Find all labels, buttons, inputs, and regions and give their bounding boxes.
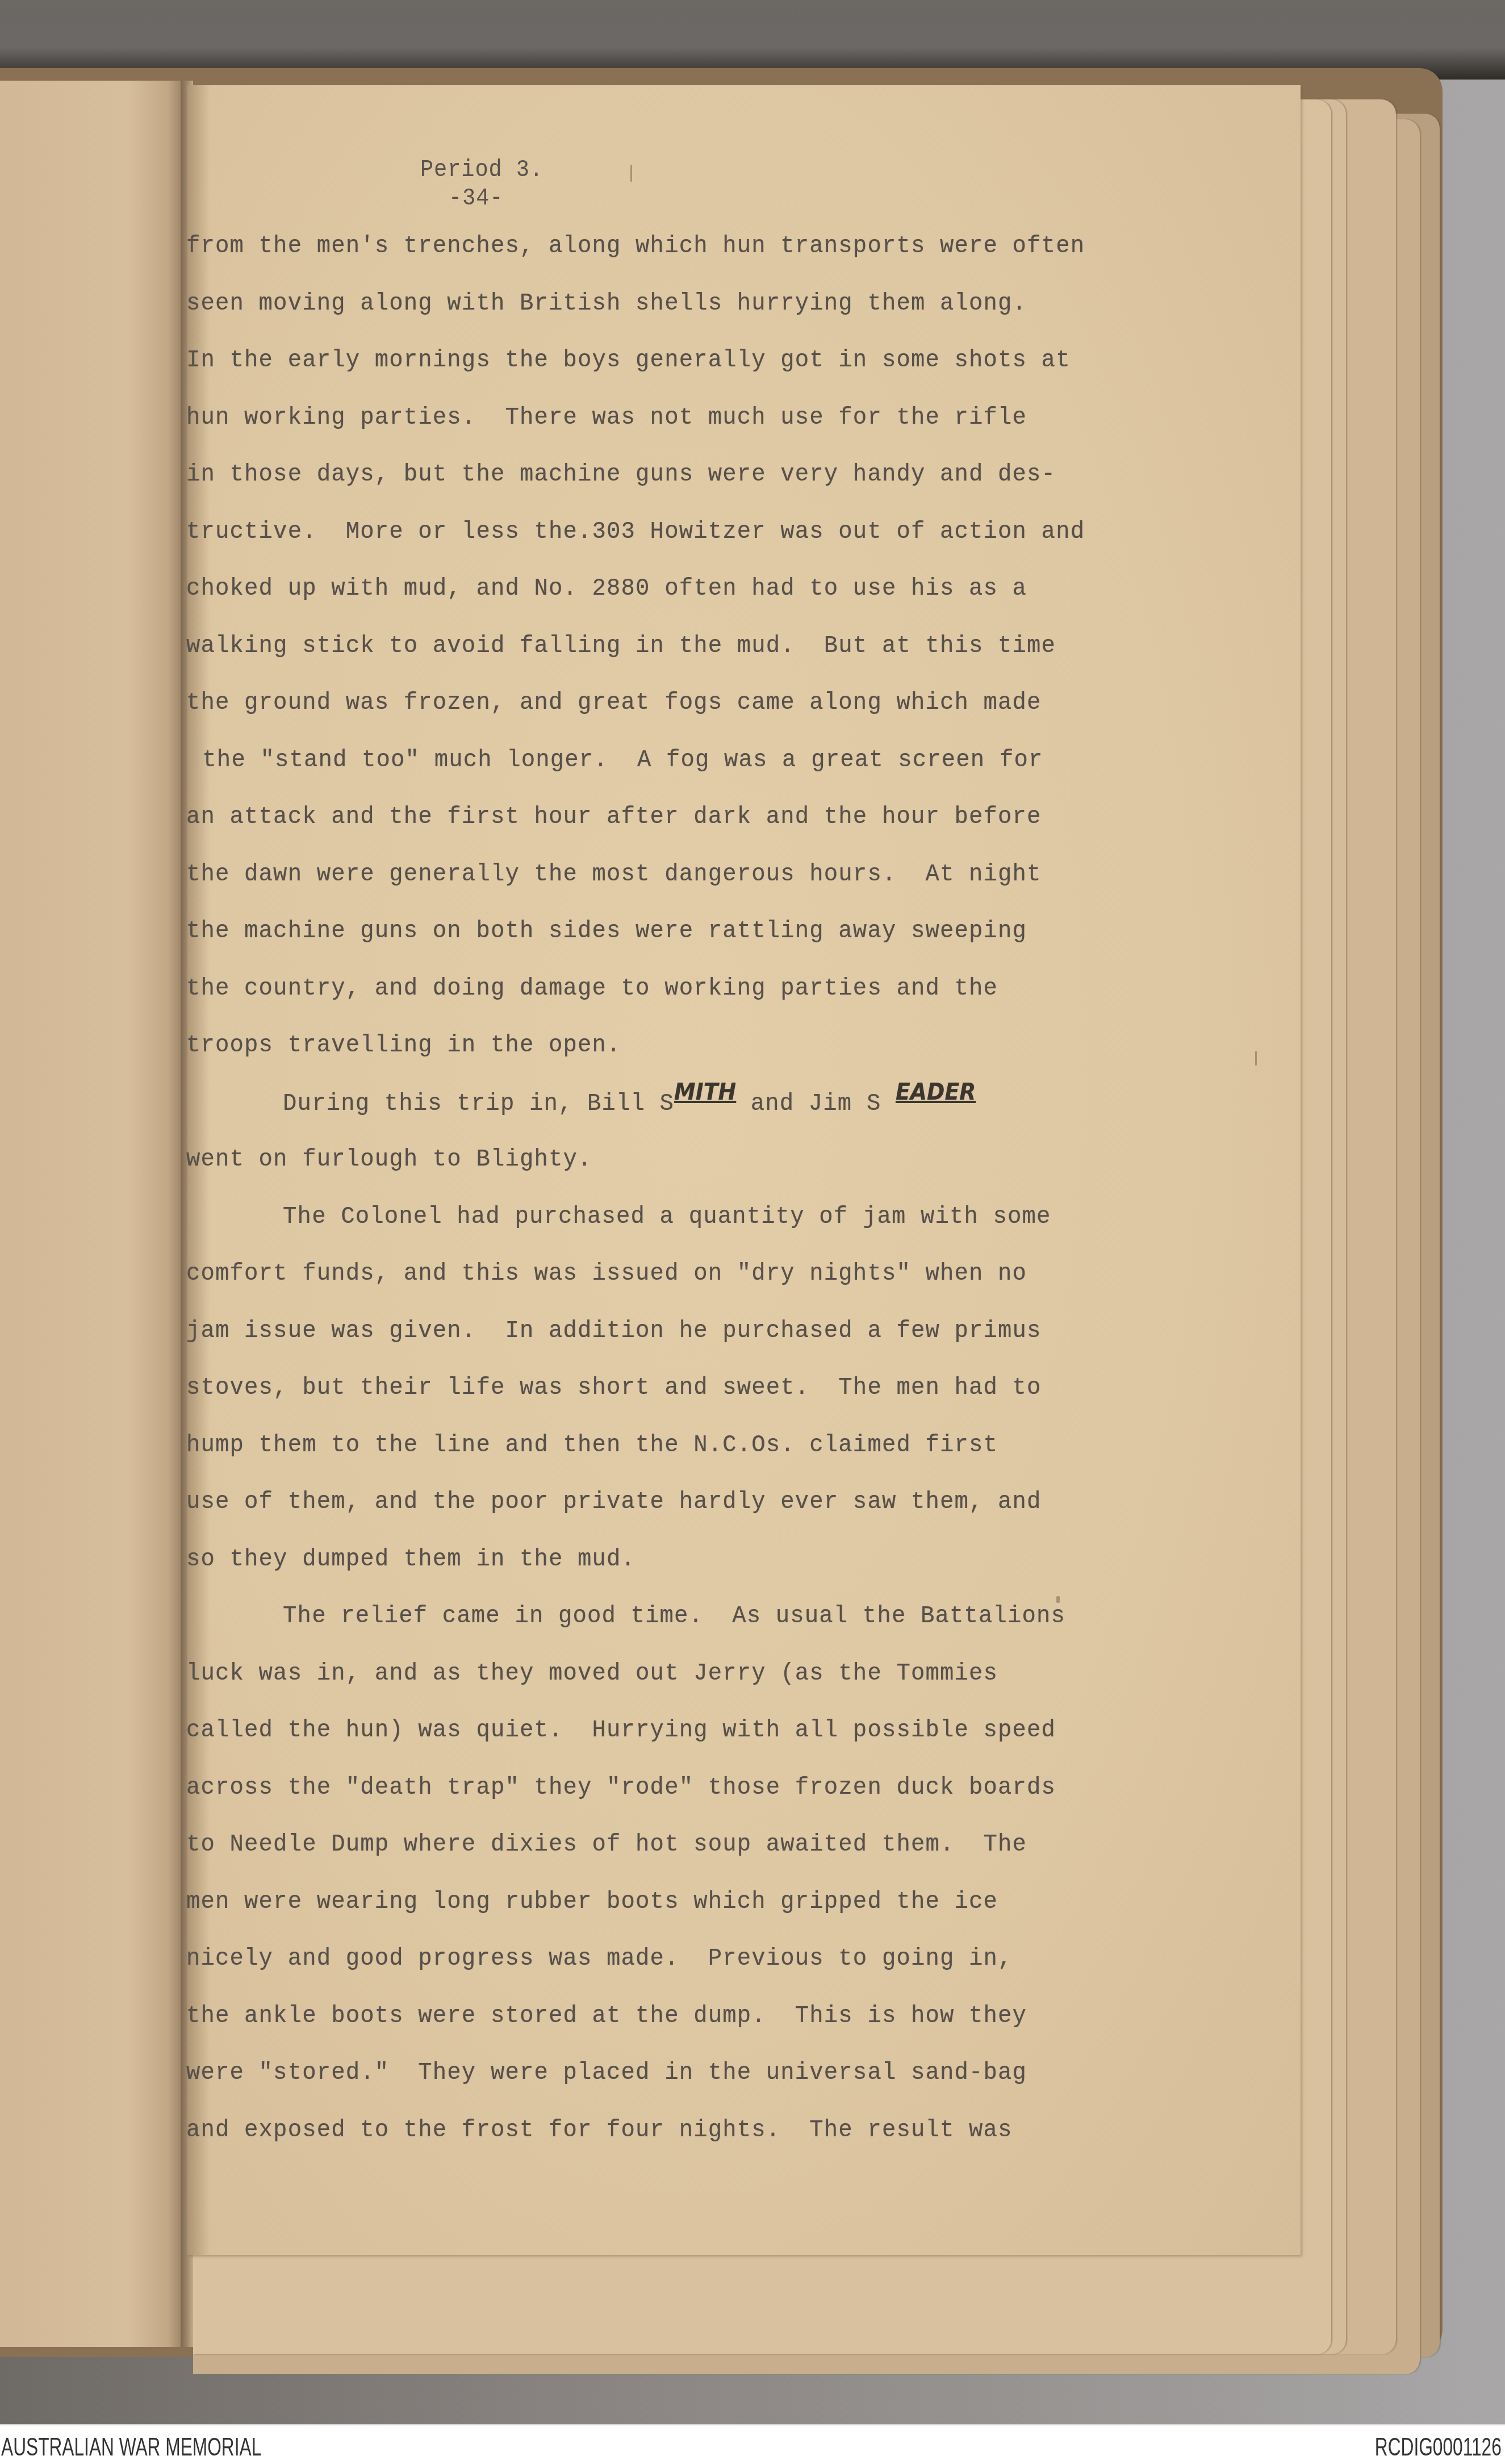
text-line: the ground was frozen, and great fogs ca… [186, 686, 1227, 743]
text-line: nicely and good progress was made. Previ… [186, 1941, 1227, 1999]
left-page [0, 81, 183, 2347]
text-line: from the men's trenches, along which hun… [186, 229, 1227, 286]
handwritten-annotation: EADER [896, 1079, 976, 1105]
text-line: called the hun) was quiet. Hurrying with… [186, 1713, 1227, 1770]
text-line: walking stick to avoid falling in the mu… [186, 629, 1227, 686]
page-number: -34- [449, 185, 503, 212]
text-line: an attack and the first hour after dark … [186, 800, 1227, 857]
period-heading: Period 3. [420, 156, 544, 183]
footer-bar: AUSTRALIAN WAR MEMORIAL RCDIG0001126 [0, 2424, 1505, 2464]
text-line: stoves, but their life was short and swe… [186, 1371, 1227, 1428]
text-line: comfort funds, and this was issued on "d… [186, 1256, 1227, 1314]
background-top [0, 0, 1505, 80]
text-line: choked up with mud, and No. 2880 often h… [186, 571, 1227, 629]
text-line: seen moving along with British shells hu… [186, 286, 1227, 344]
typed-text: During this trip in, Bill S [283, 1089, 674, 1117]
text-line: men were wearing long rubber boots which… [186, 1885, 1227, 1942]
typed-text: and Jim S [736, 1089, 881, 1117]
text-line: across the "death trap" they "rode" thos… [186, 1770, 1227, 1828]
text-line: so they dumped them in the mud. [186, 1542, 1227, 1599]
text-line: In the early mornings the boys generally… [186, 343, 1227, 400]
text-line: jam issue was given. In addition he purc… [186, 1314, 1227, 1371]
text-line: to Needle Dump where dixies of hot soup … [186, 1827, 1227, 1885]
text-line-with-annotations: During this trip in, Bill SMITH and Jim … [186, 1085, 1227, 1143]
text-line: the machine guns on both sides were ratt… [186, 914, 1227, 971]
text-line: the "stand too" much longer. A fog was a… [186, 743, 1227, 800]
text-line: and exposed to the frost for four nights… [186, 2113, 1227, 2170]
text-line: troops travelling in the open. [186, 1028, 1227, 1085]
text-line: went on furlough to Blighty. [186, 1142, 1227, 1200]
typed-page: Period 3. -34- from the men's trenches, … [187, 85, 1301, 2255]
text-line: were "stored." They were placed in the u… [186, 2056, 1227, 2113]
text-line: use of them, and the poor private hardly… [186, 1485, 1227, 1542]
paper-fleck [630, 165, 632, 182]
text-line: tructive. More or less the.303 Howitzer … [186, 515, 1227, 572]
institution-label: AUSTRALIAN WAR MEMORIAL [1, 2433, 261, 2462]
text-line: luck was in, and as they moved out Jerry… [186, 1656, 1227, 1714]
handwritten-annotation: MITH [674, 1079, 736, 1105]
typed-text-body: from the men's trenches, along which hun… [186, 229, 1288, 2170]
text-line: the dawn were generally the most dangero… [186, 857, 1227, 914]
text-line: The Colonel had purchased a quantity of … [186, 1200, 1227, 1257]
scanned-book-image: Period 3. -34- from the men's trenches, … [0, 0, 1505, 2424]
text-line: hump them to the line and then the N.C.O… [186, 1428, 1227, 1485]
text-line: hun working parties. There was not much … [186, 400, 1227, 458]
text-line: in those days, but the machine guns were… [186, 457, 1227, 515]
text-line: The relief came in good time. As usual t… [186, 1599, 1227, 1656]
text-line: the ankle boots were stored at the dump.… [186, 1999, 1227, 2056]
record-id: RCDIG0001126 [1375, 2433, 1502, 2462]
text-line: the country, and doing damage to working… [186, 971, 1227, 1029]
paper-fleck [1056, 1596, 1060, 1603]
paper-fleck [1255, 1051, 1257, 1066]
